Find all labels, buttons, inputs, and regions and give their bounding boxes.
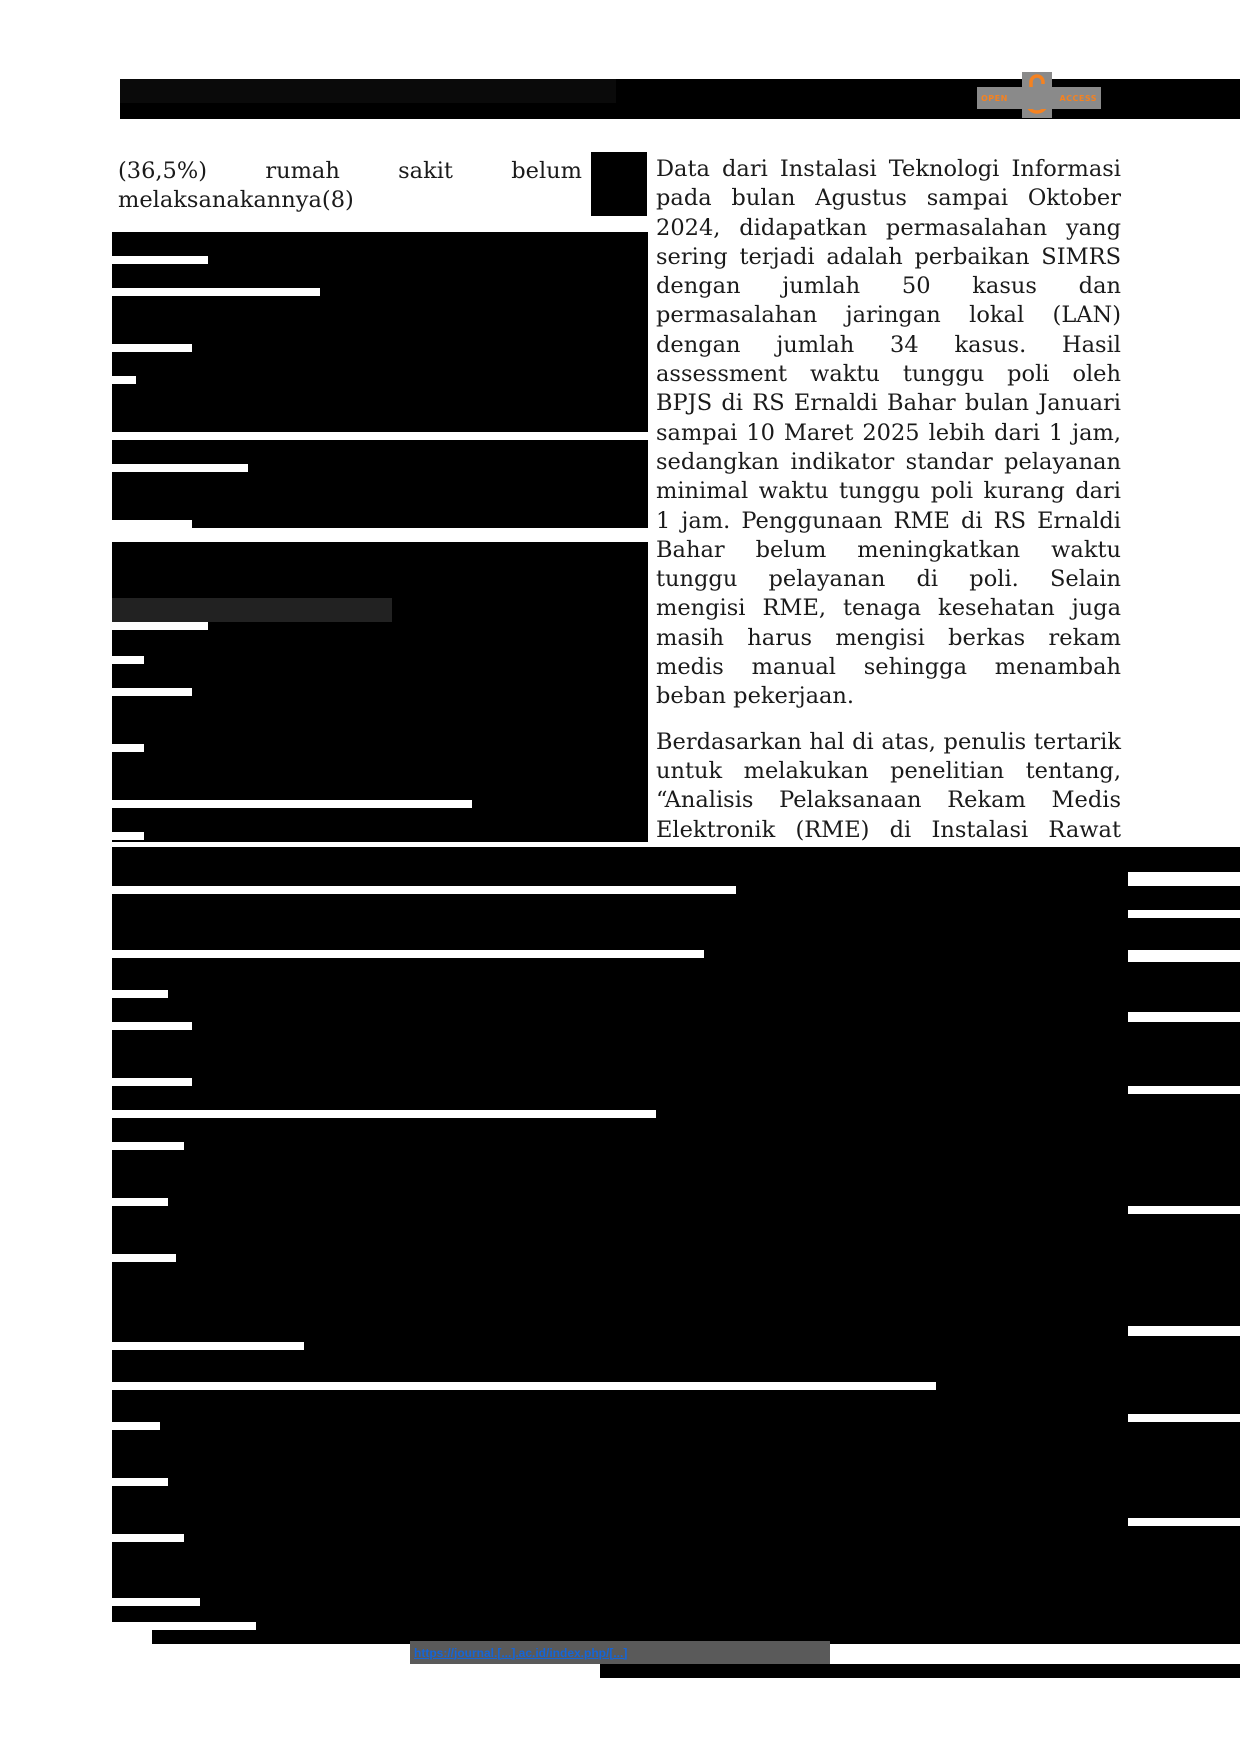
redaction-gap <box>112 528 648 542</box>
redaction-gap <box>112 1478 168 1486</box>
redaction-gap <box>112 990 168 998</box>
redaction-gap <box>112 1198 168 1206</box>
redaction-gap <box>112 1630 152 1644</box>
badge-right-text: ACCESS <box>1059 94 1097 103</box>
redaction-gap <box>112 688 192 696</box>
redaction-gap <box>1128 1414 1240 1422</box>
footer-link-container: https://journal.[...].ac.id/index.php/[.… <box>410 1641 830 1664</box>
redaction-gap <box>112 656 144 664</box>
redaction-gap <box>112 520 192 528</box>
redaction-gap <box>112 1622 256 1630</box>
redaction-gap <box>1128 1326 1240 1336</box>
redaction-gap <box>112 744 144 752</box>
word: (36,5%) <box>118 157 207 186</box>
redaction-block <box>600 1664 1240 1678</box>
redaction-gap <box>112 256 208 264</box>
redaction-block <box>112 440 648 528</box>
redaction-block <box>112 847 1240 1644</box>
redaction-gap <box>112 886 736 894</box>
redaction-gap <box>112 1078 192 1086</box>
redaction-gap <box>112 1598 200 1606</box>
word: rumah <box>265 157 340 186</box>
redaction-gap <box>112 1382 936 1390</box>
redaction-gap <box>112 1534 184 1542</box>
left-column-paragraph: (36,5%) rumah sakit belum melaksanakanny… <box>118 157 582 215</box>
redaction-gap <box>112 622 208 630</box>
redaction-gap <box>1128 1012 1240 1022</box>
redaction-gap <box>112 288 320 296</box>
word: sakit <box>398 157 453 186</box>
redaction-gap <box>1128 950 1240 962</box>
redaction-gap <box>1128 1518 1240 1526</box>
redaction-gap <box>112 832 144 840</box>
redaction-gap <box>1128 910 1240 918</box>
redaction-gap <box>112 1110 656 1118</box>
word: belum <box>511 157 582 186</box>
paragraph-data-it: Data dari Instalasi Teknologi Informasi … <box>656 155 1121 712</box>
right-column: Data dari Instalasi Teknologi Informasi … <box>656 155 1121 919</box>
redaction-gap <box>112 464 248 472</box>
redaction-gap <box>112 1022 192 1030</box>
journal-url-link[interactable]: https://journal.[...].ac.id/index.php/[.… <box>414 1646 627 1660</box>
redaction-gap <box>112 1142 184 1150</box>
journal-title-redacted <box>120 79 616 103</box>
redaction-block <box>591 152 647 216</box>
redacted-heading <box>112 598 392 622</box>
open-access-badge: OPEN ACCESS <box>977 87 1101 109</box>
left-line-2: melaksanakannya(8) <box>118 186 582 215</box>
redaction-gap <box>112 1342 304 1350</box>
redaction-block <box>112 542 648 842</box>
redaction-gap <box>1128 1086 1240 1094</box>
redaction-gap <box>1128 1206 1240 1214</box>
redaction-gap <box>112 376 136 384</box>
badge-left-text: OPEN <box>981 94 1008 103</box>
redaction-gap <box>112 1254 176 1262</box>
redaction-gap <box>112 1422 160 1430</box>
redaction-gap <box>112 950 704 958</box>
redaction-gap <box>1128 872 1240 886</box>
redaction-gap <box>112 344 192 352</box>
redaction-gap <box>112 432 648 440</box>
redaction-gap <box>112 800 472 808</box>
